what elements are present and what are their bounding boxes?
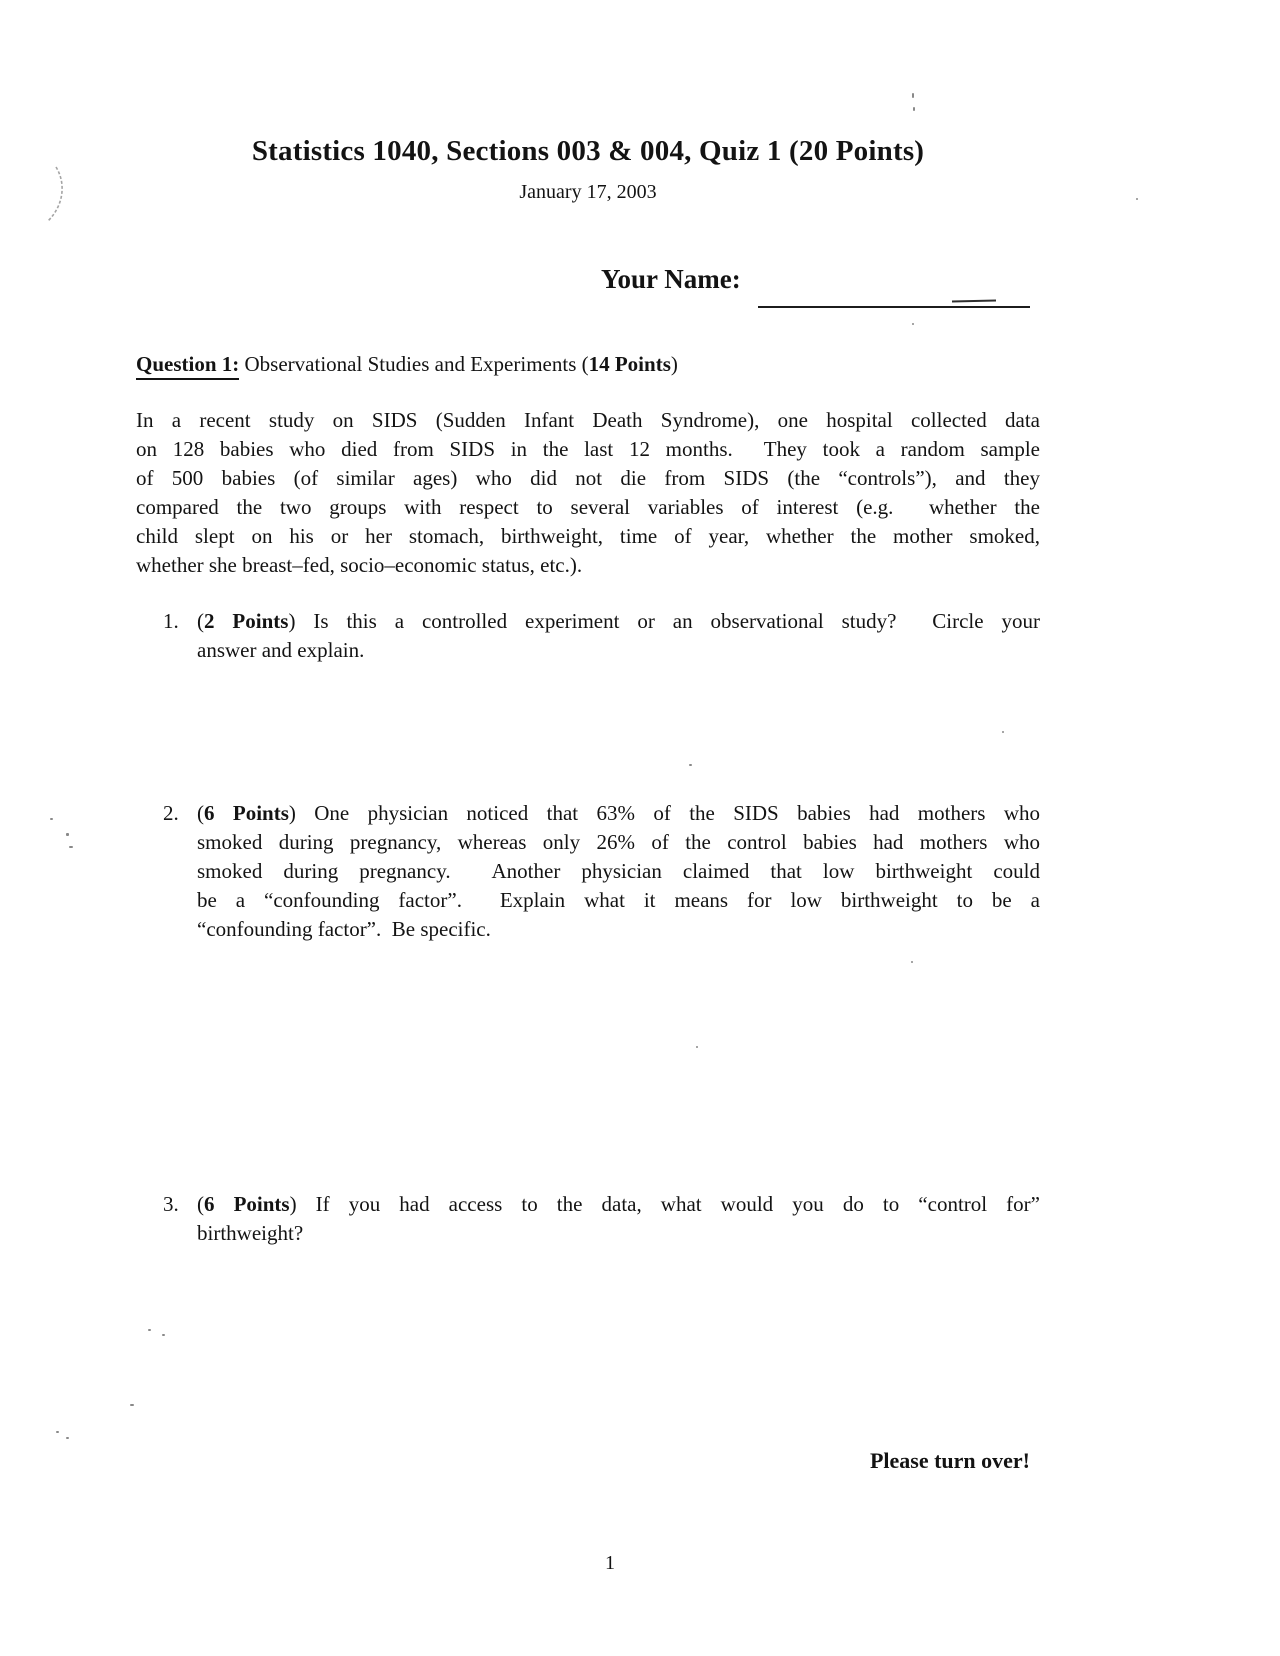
text-line: (6 Points) One physician noticed that 63… xyxy=(197,799,1040,828)
turn-over-note: Please turn over! xyxy=(136,1448,1030,1474)
scan-artifact xyxy=(689,764,692,766)
scan-artifact xyxy=(130,1404,134,1406)
text-line: compared the two groups with respect to … xyxy=(136,493,1040,522)
question-1-label: Question 1: xyxy=(136,352,239,380)
item-2-number: 2. xyxy=(163,799,179,828)
page-title: Statistics 1040, Sections 003 & 004, Qui… xyxy=(136,135,1040,168)
quiz-page: Statistics 1040, Sections 003 & 004, Qui… xyxy=(0,0,1280,1656)
text-line: “confounding factor”. Be specific. xyxy=(197,915,1040,944)
scan-artifact xyxy=(1136,198,1138,200)
text-line: answer and explain. xyxy=(197,636,1040,665)
scan-artifact xyxy=(912,93,914,98)
question-1-intro-paragraph: In a recent study on SIDS (Sudden Infant… xyxy=(136,406,1040,580)
text-line: smoked during pregnancy. Another physici… xyxy=(197,857,1040,886)
page-number: 1 xyxy=(136,1552,1084,1575)
scan-artifact xyxy=(44,163,72,225)
item-1-number: 1. xyxy=(163,607,179,636)
text-line: of 500 babies (of similar ages) who did … xyxy=(136,464,1040,493)
question-1-heading-rest: Observational Studies and Experiments (1… xyxy=(239,352,678,376)
scan-artifact xyxy=(911,961,913,963)
text-line: on 128 babies who died from SIDS in the … xyxy=(136,435,1040,464)
item-1-text: (2 Points) Is this a controlled experime… xyxy=(197,607,1040,665)
text-line: birthweight? xyxy=(197,1219,1040,1248)
scan-artifact xyxy=(56,1431,59,1433)
text-line: smoked during pregnancy, whereas only 26… xyxy=(197,828,1040,857)
name-label: Your Name: xyxy=(601,264,741,295)
scan-artifact xyxy=(50,818,53,820)
item-2-text: (6 Points) One physician noticed that 63… xyxy=(197,799,1040,944)
scan-artifact xyxy=(913,107,915,111)
text-line: child slept on his or her stomach, birth… xyxy=(136,522,1040,551)
item-3-text: (6 Points) If you had access to the data… xyxy=(197,1190,1040,1248)
text-line: whether she breast–fed, socio–economic s… xyxy=(136,551,1040,580)
quiz-date: January 17, 2003 xyxy=(136,181,1040,204)
scan-artifact xyxy=(69,846,73,848)
scan-artifact xyxy=(1002,731,1004,733)
text-line: be a “confounding factor”. Explain what … xyxy=(197,886,1040,915)
text-line: (2 Points) Is this a controlled experime… xyxy=(197,607,1040,636)
text-line: (6 Points) If you had access to the data… xyxy=(197,1190,1040,1219)
item-3-number: 3. xyxy=(163,1190,179,1219)
scan-artifact xyxy=(696,1046,698,1048)
scan-artifact xyxy=(912,323,914,325)
text-line: In a recent study on SIDS (Sudden Infant… xyxy=(136,406,1040,435)
scan-artifact xyxy=(148,1329,151,1331)
scan-artifact xyxy=(66,833,69,836)
scan-artifact xyxy=(162,1334,165,1336)
scan-artifact xyxy=(66,1437,69,1439)
question-1-heading: Question 1: Observational Studies and Ex… xyxy=(136,352,1040,377)
name-blank-line xyxy=(758,270,1030,308)
